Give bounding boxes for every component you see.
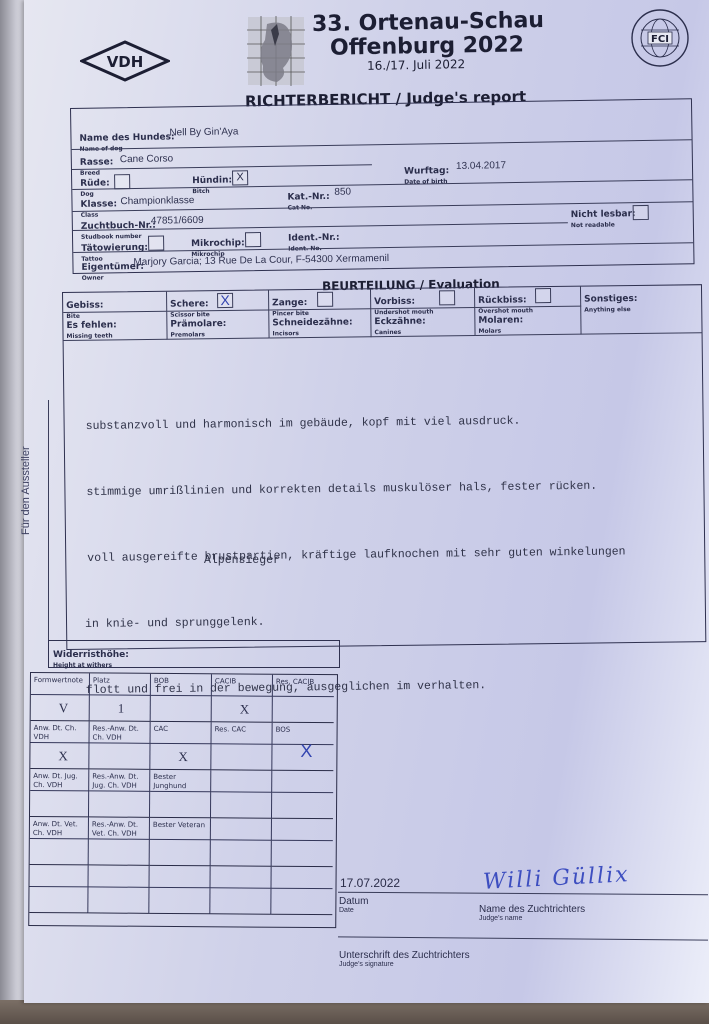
bitch-sex-label: Hündin:Bitch (192, 169, 232, 195)
grid-value-cell[interactable] (210, 888, 271, 914)
grid-value-cell[interactable]: X (212, 696, 273, 722)
molars-cell[interactable]: Molaren:Molars (475, 307, 581, 336)
award-note: Alpensieger (204, 554, 280, 567)
report-line: stimmige umrißlinien und korrekten detai… (86, 475, 686, 504)
grid-mark: 1 (118, 704, 125, 713)
withers-height-field[interactable]: Widerristhöhe:Height at withers (48, 640, 340, 668)
premolars-cell[interactable]: Prämolare:Premolars (167, 310, 269, 339)
grid-value-cell[interactable]: V (31, 695, 90, 721)
grid-header-cell (149, 866, 210, 888)
results-grid: FormwertnoteVPlatz1BOBCACIBXRes. CACIBAn… (28, 672, 338, 928)
dog-sex-checkbox[interactable] (114, 174, 130, 189)
show-title-line2: Offenburg 2022 (330, 32, 524, 60)
grid-header-cell (88, 865, 149, 887)
grid-value-cell[interactable]: 1 (90, 695, 151, 721)
microchip-checkbox[interactable] (245, 232, 261, 247)
grid-header-cell (210, 866, 271, 888)
dob-value[interactable]: 13.04.2017 (456, 160, 506, 172)
grid-mark: X (178, 752, 187, 761)
grid-value-cell[interactable] (89, 791, 150, 817)
report-line: substanzvoll und harmonisch im gebäude, … (86, 409, 686, 438)
overshot-cell: Rückbiss:Overshot mouth (475, 287, 581, 308)
grid-header-cell: Res.-Anw. Dt. Jug. Ch. VDH (89, 769, 150, 791)
grid-value-cell[interactable] (272, 793, 333, 819)
svg-text:VDH: VDH (107, 53, 144, 71)
grid-header-cell (29, 865, 88, 887)
grid-header-cell: Formwertnote (31, 673, 90, 695)
dob-label: Wurftag:Date of birth (404, 160, 449, 186)
grid-header-cell: Anw. Dt. Vet. Ch. VDH (30, 817, 89, 839)
cat-no-value[interactable]: 850 (334, 187, 351, 198)
grid-header-cell (211, 770, 272, 792)
show-emblem-icon (247, 16, 305, 86)
overshot-checkbox[interactable] (535, 288, 551, 303)
grid-value-cell[interactable] (29, 887, 88, 913)
grid-value-cell[interactable] (89, 743, 150, 769)
grid-mark: X (300, 747, 312, 756)
judge-name-label: Name des ZuchtrichtersJudge's name (479, 904, 585, 922)
canines-cell[interactable]: Eckzähne:Canines (371, 308, 475, 337)
date-value[interactable]: 17.07.2022 (340, 876, 400, 890)
withers-label: Widerristhöhe:Height at withers (53, 644, 129, 669)
grid-value-cell[interactable] (150, 840, 211, 866)
grid-header-cell: Anw. Dt. Jug. Ch. VDH (30, 769, 89, 791)
grid-value-cell[interactable] (30, 839, 89, 865)
bitch-sex-checkbox[interactable]: X (232, 170, 248, 185)
grid-value-cell[interactable] (271, 889, 332, 915)
report-line: in knie- und sprunggelenk. (85, 607, 688, 636)
grid-header-cell: Platz (90, 673, 151, 695)
signature-label: Unterschrift des ZuchtrichtersJudge's si… (339, 950, 470, 968)
tattoo-checkbox[interactable] (148, 236, 164, 251)
bite-cell: Gebiss:Bite (63, 292, 167, 313)
divider (72, 179, 692, 190)
undershot-checkbox[interactable] (439, 290, 455, 305)
studbook-value[interactable]: 47851/6609 (151, 215, 204, 227)
grid-value-cell[interactable]: X (150, 744, 211, 770)
grid-header-cell (272, 819, 333, 841)
grid-header-cell: Bester Veteran (150, 818, 211, 840)
grid-value-cell[interactable] (149, 888, 210, 914)
grid-header-cell (271, 867, 332, 889)
grid-value-cell[interactable] (151, 696, 212, 722)
microchip-label: Mikrochip:Mikrochip (191, 232, 245, 258)
grid-mark: X (240, 704, 249, 713)
exhibitor-copy-label: Für den Aussteller (20, 446, 32, 535)
grid-header-cell: BOB (151, 674, 212, 696)
undershot-cell: Vorbiss:Undershot mouth (371, 288, 475, 309)
judge-report-sheet: VDH FCI 33. Ortenau-Schau Offenburg 2022… (0, 0, 709, 1003)
anything-else-cell[interactable]: Sonstiges:Anything else (581, 285, 702, 334)
missing-teeth-cell: Es fehlen:Missing teeth (63, 312, 167, 341)
grid-value-cell[interactable] (272, 841, 333, 867)
dog-name-value[interactable]: Nell By Gin'Aya (169, 126, 238, 138)
owner-value[interactable]: Marjory Garcia; 13 Rue De La Cour, F-543… (133, 253, 389, 268)
grid-value-cell[interactable] (211, 792, 272, 818)
svg-text:FCI: FCI (651, 34, 669, 45)
pincer-bite-cell: Zange:Pincer bite (269, 289, 371, 310)
divider (73, 242, 693, 253)
grid-mark: V (59, 703, 68, 712)
fci-logo-icon: FCI (630, 8, 690, 68)
dog-info-section: Name des Hundes:Name of dog Nell By Gin'… (70, 98, 695, 274)
grid-value-cell[interactable]: X (30, 743, 89, 769)
grid-header-cell: CAC (151, 722, 212, 744)
grid-value-cell[interactable] (89, 839, 150, 865)
grid-value-cell[interactable] (211, 744, 272, 770)
grid-value-cell[interactable] (273, 697, 334, 723)
grid-header-cell: Res. CACIB (273, 675, 334, 697)
margin-line (48, 400, 49, 640)
grid-header-cell: Bester Junghund (150, 770, 211, 792)
vdh-logo-icon: VDH (80, 40, 170, 82)
grid-value-cell[interactable] (150, 792, 211, 818)
date-label: DatumDate (339, 896, 368, 914)
show-dates: 16./17. Juli 2022 (367, 57, 465, 73)
grid-value-cell[interactable] (30, 791, 89, 817)
class-value[interactable]: Championklasse (120, 195, 194, 207)
grid-value-cell[interactable] (88, 887, 149, 913)
grid-mark: X (58, 751, 67, 760)
grid-header-cell: CACIB (212, 674, 273, 696)
incisors-cell[interactable]: Schneidezähne:Incisors (269, 309, 371, 338)
breed-value[interactable]: Cane Corso (120, 153, 174, 165)
grid-header-cell: Res.-Anw. Dt. Vet. Ch. VDH (89, 817, 150, 839)
not-readable-checkbox[interactable] (633, 205, 649, 220)
grid-value-cell[interactable]: X (272, 745, 333, 771)
scissor-bite-checkbox[interactable]: X (217, 293, 233, 308)
pincer-bite-checkbox[interactable] (317, 292, 333, 307)
grid-header-cell (211, 818, 272, 840)
desk-background-bottom (0, 1000, 709, 1024)
scissor-bite-cell: Schere:Scissor bite X (167, 290, 269, 311)
grid-header-cell: Res.-Anw. Dt. Ch. VDH (90, 721, 151, 743)
grid-header-cell (272, 771, 333, 793)
grid-value-cell[interactable] (211, 840, 272, 866)
grid-header-cell: Res. CAC (211, 722, 272, 744)
report-line: voll ausgereifte brustpartien, kräftige … (87, 541, 687, 570)
not-readable-label: Nicht lesbar:Not readable (571, 203, 636, 229)
grid-header-cell: Anw. Dt. Ch. VDH (31, 721, 90, 743)
